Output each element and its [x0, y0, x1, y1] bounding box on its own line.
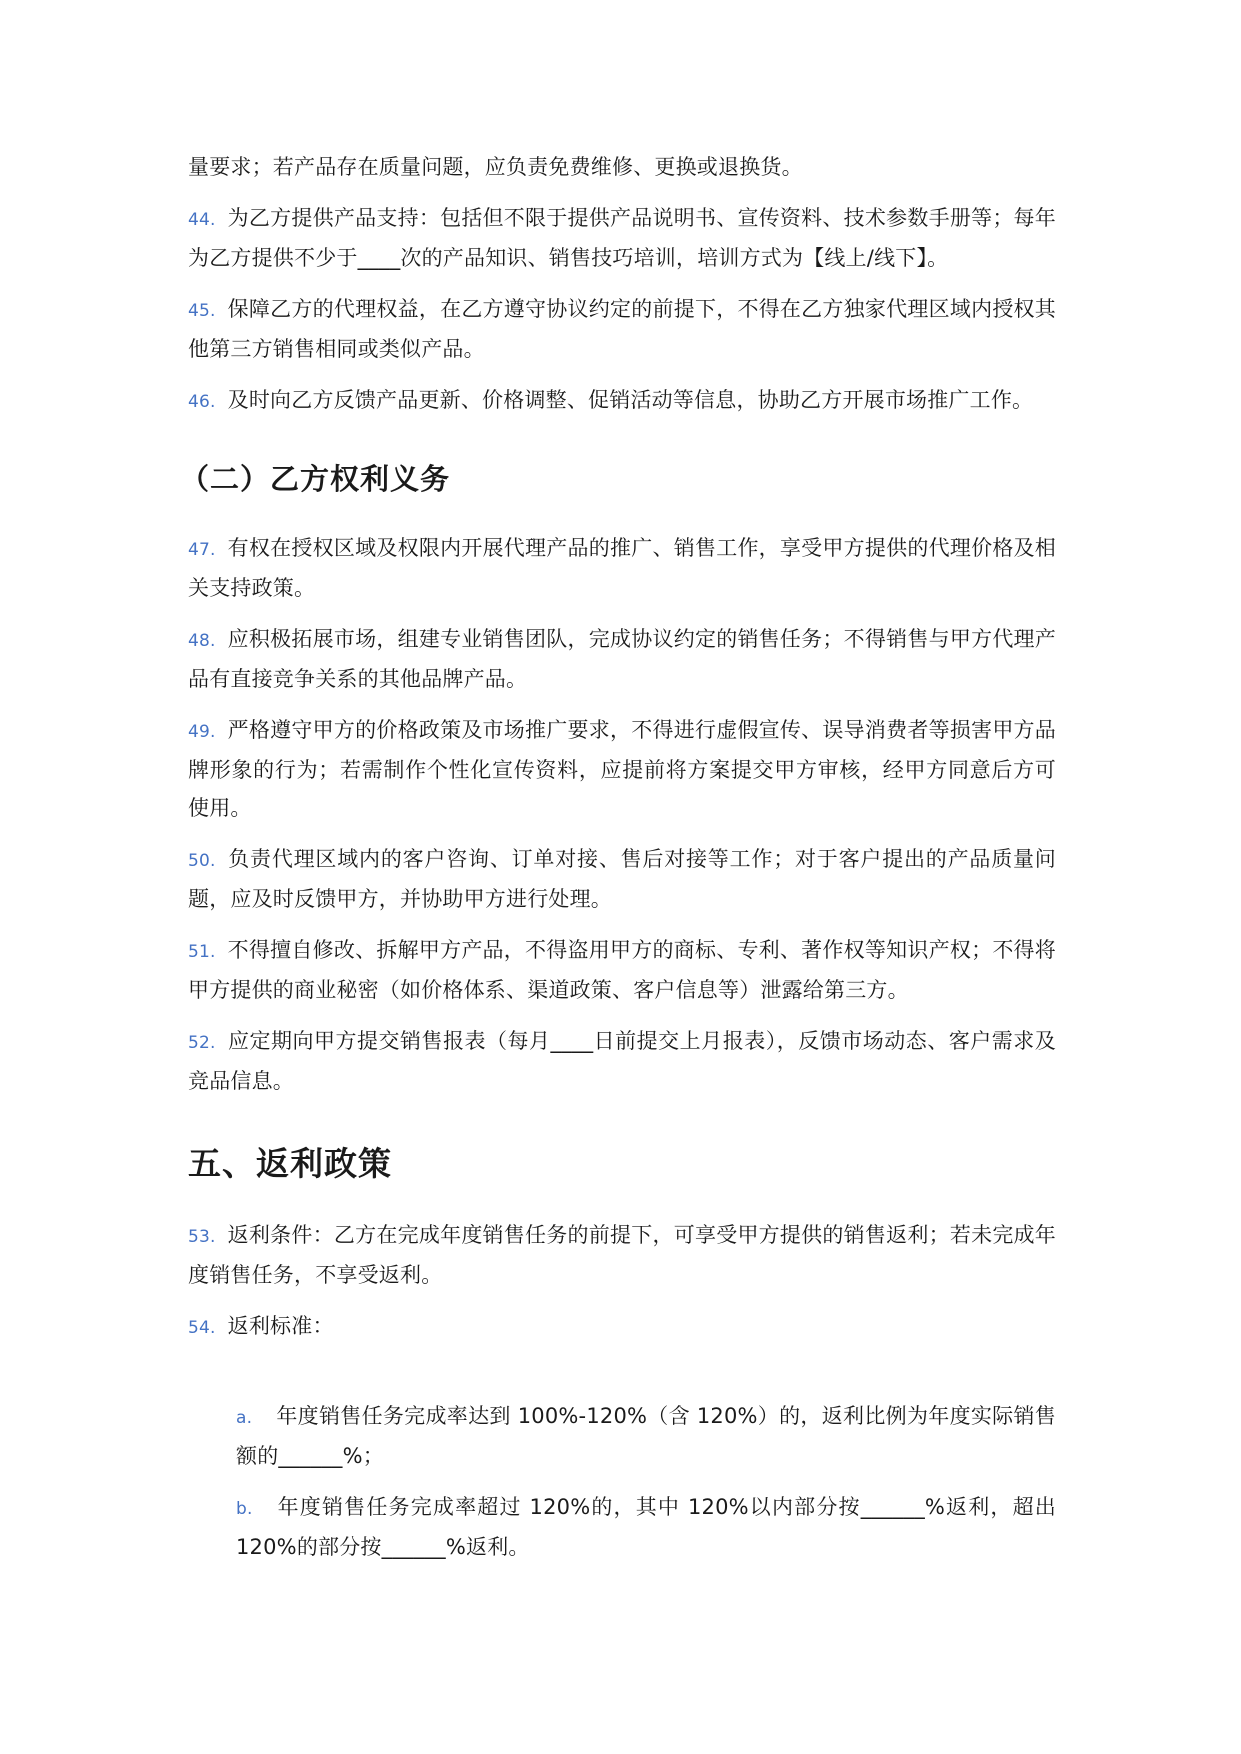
list-item-46: 46.及时向乙方反馈产品更新、价格调整、促销活动等信息，协助乙方开展市场推广工作…	[188, 381, 1056, 421]
list-number: 44.	[188, 210, 216, 230]
list-item-53: 53.返利条件：乙方在完成年度销售任务的前提下，可享受甲方提供的销售返利；若未完…	[188, 1216, 1056, 1294]
list-number: 48.	[188, 631, 216, 651]
list-item-44: 44.为乙方提供产品支持：包括但不限于提供产品说明书、宣传资料、技术参数手册等；…	[188, 199, 1056, 277]
list-item-text: 返利条件：乙方在完成年度销售任务的前提下，可享受甲方提供的销售返利；若未完成年度…	[188, 1223, 1056, 1287]
list-item-50: 50.负责代理区域内的客户咨询、订单对接、售后对接等工作；对于客户提出的产品质量…	[188, 840, 1056, 918]
list-item-text: 应积极拓展市场，组建专业销售团队，完成协议约定的销售任务；不得销售与甲方代理产品…	[188, 627, 1056, 691]
list-number: 52.	[188, 1033, 216, 1053]
rebate-standard-sublist: a.年度销售任务完成率达到 100%-120%（含 120%）的，返利比例为年度…	[188, 1397, 1056, 1566]
list-item-47: 47.有权在授权区域及权限内开展代理产品的推广、销售工作，享受甲方提供的代理价格…	[188, 529, 1056, 607]
list-item-text: 有权在授权区域及权限内开展代理产品的推广、销售工作，享受甲方提供的代理价格及相关…	[188, 536, 1056, 600]
list-item-text: 不得擅自修改、拆解甲方产品，不得盗用甲方的商标、专利、著作权等知识产权；不得将甲…	[188, 938, 1056, 1002]
list-item-48: 48.应积极拓展市场，组建专业销售团队，完成协议约定的销售任务；不得销售与甲方代…	[188, 620, 1056, 698]
list-item-51: 51.不得擅自修改、拆解甲方产品，不得盗用甲方的商标、专利、著作权等知识产权；不…	[188, 931, 1056, 1009]
list-number: 46.	[188, 392, 216, 412]
document-content: 量要求；若产品存在质量问题，应负责免费维修、更换或退换货。 44.为乙方提供产品…	[188, 148, 1056, 1579]
list-item-54: 54.返利标准：	[188, 1307, 1056, 1347]
paragraph-continued: 量要求；若产品存在质量问题，应负责免费维修、更换或退换货。	[188, 148, 1056, 186]
list-item-text: 负责代理区域内的客户咨询、订单对接、售后对接等工作；对于客户提出的产品质量问题，…	[188, 847, 1056, 911]
list-item-text: 严格遵守甲方的价格政策及市场推广要求，不得进行虚假宣传、误导消费者等损害甲方品牌…	[188, 718, 1056, 820]
list-item-52: 52.应定期向甲方提交销售报表（每月____日前提交上月报表），反馈市场动态、客…	[188, 1022, 1056, 1100]
list-item-text: 为乙方提供产品支持：包括但不限于提供产品说明书、宣传资料、技术参数手册等；每年为…	[188, 206, 1056, 270]
sublist-item-text: 年度销售任务完成率超过 120%的，其中 120%以内部分按______%返利，…	[236, 1495, 1056, 1559]
list-item-text: 应定期向甲方提交销售报表（每月____日前提交上月报表），反馈市场动态、客户需求…	[188, 1029, 1056, 1093]
list-item-text: 返利标准：	[228, 1314, 334, 1338]
list-number: 51.	[188, 942, 216, 962]
list-number: 53.	[188, 1227, 216, 1247]
sublist-item-b: b.年度销售任务完成率超过 120%的，其中 120%以内部分按______%返…	[236, 1488, 1056, 1566]
list-item-text: 及时向乙方反馈产品更新、价格调整、促销活动等信息，协助乙方开展市场推广工作。	[228, 388, 1034, 412]
list-number: 49.	[188, 722, 216, 742]
section-heading-rebate-policy: 五、返利政策	[188, 1142, 1056, 1186]
list-item-45: 45.保障乙方的代理权益，在乙方遵守协议约定的前提下，不得在乙方独家代理区域内授…	[188, 290, 1056, 368]
section-heading-party-b-rights: （二）乙方权利义务	[180, 459, 1056, 499]
sublist-item-a: a.年度销售任务完成率达到 100%-120%（含 120%）的，返利比例为年度…	[236, 1397, 1056, 1475]
list-number: 54.	[188, 1318, 216, 1338]
list-number: 47.	[188, 540, 216, 560]
document-page: 量要求；若产品存在质量问题，应负责免费维修、更换或退换货。 44.为乙方提供产品…	[0, 0, 1241, 1754]
sublist-item-text: 年度销售任务完成率达到 100%-120%（含 120%）的，返利比例为年度实际…	[236, 1404, 1056, 1468]
list-item-text: 保障乙方的代理权益，在乙方遵守协议约定的前提下，不得在乙方独家代理区域内授权其他…	[188, 297, 1056, 361]
paragraph-text: 量要求；若产品存在质量问题，应负责免费维修、更换或退换货。	[188, 155, 803, 179]
list-number: 45.	[188, 301, 216, 321]
sublist-letter: b.	[236, 1499, 253, 1519]
list-number: 50.	[188, 851, 216, 871]
list-item-49: 49.严格遵守甲方的价格政策及市场推广要求，不得进行虚假宣传、误导消费者等损害甲…	[188, 711, 1056, 827]
sublist-letter: a.	[236, 1408, 252, 1428]
